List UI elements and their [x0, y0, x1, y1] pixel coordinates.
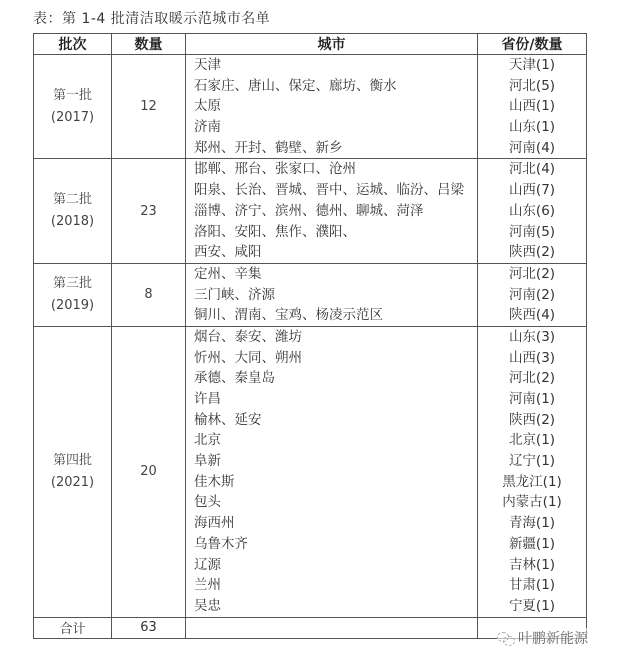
- batch-count: 8: [112, 263, 186, 326]
- province-count-line: 山东(6): [478, 201, 586, 222]
- province-count-line: 陕西(4): [478, 305, 586, 326]
- city-line: 太原: [186, 96, 477, 117]
- table-caption: 表：第 1-4 批清洁取暖示范城市名单: [33, 8, 270, 28]
- city-line: 三门峡、济源: [186, 285, 477, 306]
- batch-count: 20: [112, 326, 186, 617]
- city-line: 海西州: [186, 513, 477, 534]
- province-count-line: 河北(4): [478, 159, 586, 180]
- city-line: 石家庄、唐山、保定、廊坊、衡水: [186, 76, 477, 97]
- table-header-row: 批次 数量 城市 省份/数量: [34, 34, 587, 55]
- province-count-line: 山东(1): [478, 117, 586, 138]
- province-count-line: 宁夏(1): [478, 596, 586, 617]
- province-count-line: 北京(1): [478, 430, 586, 451]
- total-label: 合计: [34, 617, 112, 638]
- batch-cell: 第一批(2017): [34, 55, 112, 159]
- city-line: 承德、秦皇岛: [186, 368, 477, 389]
- city-line: 西安、咸阳: [186, 242, 477, 263]
- batch-year: (2019): [34, 295, 111, 317]
- batch-cell: 第二批(2018): [34, 159, 112, 263]
- province-count-line: 辽宁(1): [478, 451, 586, 472]
- city-line: 榆林、延安: [186, 410, 477, 431]
- province-count-line: 天津(1): [478, 55, 586, 76]
- city-line: 忻州、大同、朔州: [186, 348, 477, 369]
- city-line: 辽源: [186, 555, 477, 576]
- province-count-line: 陕西(2): [478, 242, 586, 263]
- province-count-line: 山东(3): [478, 327, 586, 348]
- province-count-line: 陕西(2): [478, 410, 586, 431]
- city-line: 佳木斯: [186, 472, 477, 493]
- city-line: 洛阳、安阳、焦作、濮阳、: [186, 222, 477, 243]
- batch-cell: 第三批(2019): [34, 263, 112, 326]
- province-count-line: 山西(1): [478, 96, 586, 117]
- city-line: 乌鲁木齐: [186, 534, 477, 555]
- total-cities-empty: [186, 617, 478, 638]
- batch-name: 第一批: [34, 85, 111, 107]
- batch-cell: 第四批(2021): [34, 326, 112, 617]
- watermark-text: 叶鹏新能源: [518, 628, 588, 648]
- batch-cities: 天津石家庄、唐山、保定、廊坊、衡水太原济南郑州、开封、鹤壁、新乡: [186, 55, 478, 159]
- province-count-line: 河南(4): [478, 138, 586, 159]
- city-line: 淄博、济宁、滨州、德州、聊城、菏泽: [186, 201, 477, 222]
- city-line: 定州、辛集: [186, 264, 477, 285]
- city-line: 阳泉、长治、晋城、晋中、运城、临汾、吕梁: [186, 180, 477, 201]
- batch-provinces: 天津(1)河北(5)山西(1)山东(1)河南(4): [478, 55, 587, 159]
- total-count: 63: [112, 617, 186, 638]
- batch-provinces: 河北(4)山西(7)山东(6)河南(5)陕西(2): [478, 159, 587, 263]
- province-count-line: 内蒙古(1): [478, 492, 586, 513]
- watermark: 叶鹏新能源: [497, 628, 588, 648]
- city-line: 天津: [186, 55, 477, 76]
- batch-name: 第二批: [34, 189, 111, 211]
- province-count-line: 河南(5): [478, 222, 586, 243]
- city-line: 济南: [186, 117, 477, 138]
- province-count-line: 青海(1): [478, 513, 586, 534]
- batch-count: 23: [112, 159, 186, 263]
- city-line: 郑州、开封、鹤壁、新乡: [186, 138, 477, 159]
- header-count: 数量: [112, 34, 186, 55]
- province-count-line: 山西(7): [478, 180, 586, 201]
- batch-row: 第二批(2018)23邯郸、邢台、张家口、沧州阳泉、长治、晋城、晋中、运城、临汾…: [34, 159, 587, 263]
- city-line: 许昌: [186, 389, 477, 410]
- batch-cities: 定州、辛集三门峡、济源铜川、渭南、宝鸡、杨凌示范区: [186, 263, 478, 326]
- batch-provinces: 山东(3)山西(3)河北(2)河南(1)陕西(2)北京(1)辽宁(1)黑龙江(1…: [478, 326, 587, 617]
- batch-count: 12: [112, 55, 186, 159]
- province-count-line: 河北(2): [478, 368, 586, 389]
- demo-cities-table: 批次 数量 城市 省份/数量 第一批(2017)12天津石家庄、唐山、保定、廊坊…: [33, 33, 587, 639]
- city-line: 铜川、渭南、宝鸡、杨凌示范区: [186, 305, 477, 326]
- batch-name: 第四批: [34, 450, 111, 472]
- batch-name: 第三批: [34, 273, 111, 295]
- province-count-line: 甘肃(1): [478, 575, 586, 596]
- city-line: 烟台、泰安、潍坊: [186, 327, 477, 348]
- city-line: 包头: [186, 492, 477, 513]
- province-count-line: 河南(2): [478, 285, 586, 306]
- batch-cities: 邯郸、邢台、张家口、沧州阳泉、长治、晋城、晋中、运城、临汾、吕梁淄博、济宁、滨州…: [186, 159, 478, 263]
- province-count-line: 河北(5): [478, 76, 586, 97]
- province-count-line: 山西(3): [478, 348, 586, 369]
- batch-year: (2018): [34, 211, 111, 233]
- city-line: 吴忠: [186, 596, 477, 617]
- province-count-line: 新疆(1): [478, 534, 586, 555]
- city-line: 邯郸、邢台、张家口、沧州: [186, 159, 477, 180]
- batch-cities: 烟台、泰安、潍坊忻州、大同、朔州承德、秦皇岛许昌榆林、延安北京阜新佳木斯包头海西…: [186, 326, 478, 617]
- batch-provinces: 河北(2)河南(2)陕西(4): [478, 263, 587, 326]
- batch-row: 第三批(2019)8定州、辛集三门峡、济源铜川、渭南、宝鸡、杨凌示范区河北(2)…: [34, 263, 587, 326]
- header-province-count: 省份/数量: [478, 34, 587, 55]
- batch-row: 第四批(2021)20烟台、泰安、潍坊忻州、大同、朔州承德、秦皇岛许昌榆林、延安…: [34, 326, 587, 617]
- batch-year: (2021): [34, 472, 111, 494]
- province-count-line: 河南(1): [478, 389, 586, 410]
- province-count-line: 吉林(1): [478, 555, 586, 576]
- city-line: 兰州: [186, 575, 477, 596]
- province-count-line: 河北(2): [478, 264, 586, 285]
- header-batch: 批次: [34, 34, 112, 55]
- wechat-icon: [497, 631, 515, 645]
- city-line: 北京: [186, 430, 477, 451]
- header-cities: 城市: [186, 34, 478, 55]
- batch-year: (2017): [34, 107, 111, 129]
- province-count-line: 黑龙江(1): [478, 472, 586, 493]
- batch-row: 第一批(2017)12天津石家庄、唐山、保定、廊坊、衡水太原济南郑州、开封、鹤壁…: [34, 55, 587, 159]
- city-line: 阜新: [186, 451, 477, 472]
